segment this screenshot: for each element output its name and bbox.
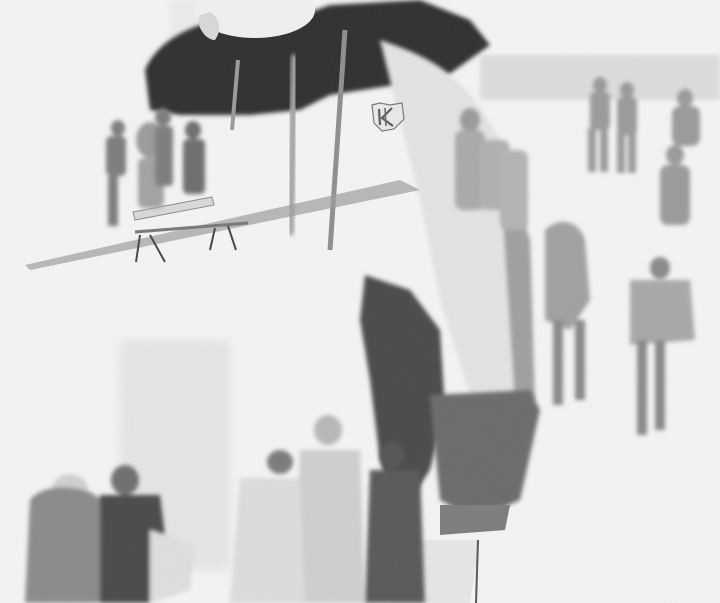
pencil-drawing — [0, 0, 720, 603]
artwork-canvas — [0, 0, 720, 603]
